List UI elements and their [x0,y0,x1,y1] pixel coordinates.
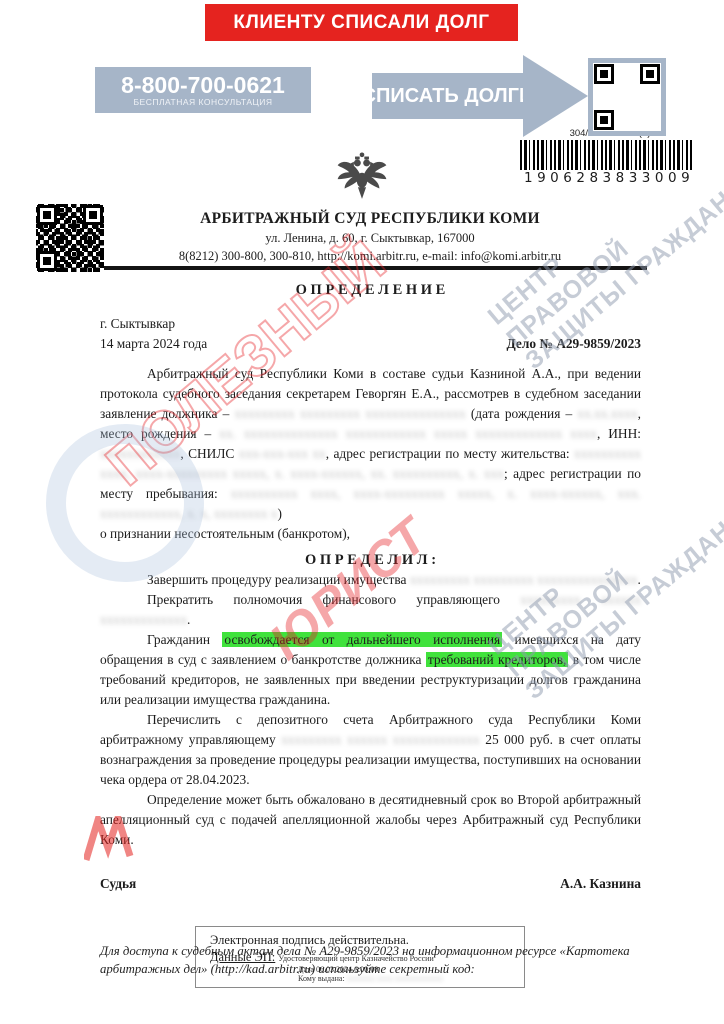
qr-code-left-icon [36,204,104,272]
paragraph-payment: Перечислить с депозитного счета Арбитраж… [100,710,641,790]
cta-arrow-button[interactable]: СПИСАТЬ ДОЛГИ [372,73,523,119]
redacted-text: xxxxxxxxxxxx [100,446,180,461]
footer-note: Для доступа к судебным актам дела № А29-… [100,942,700,978]
redacted-text: xxx-xxx-xxx xx [239,446,326,461]
paragraph-intro: Арбитражный суд Республики Коми в состав… [100,364,641,524]
judge-label: Судья [100,876,136,891]
qr-finder-icon [594,110,614,130]
court-address: ул. Ленина, д. 60, г. Сыктывкар, 167000 [85,231,655,246]
redacted-text: xxxxxxxxx xxxxxxxxx xxxxxxxxxxxxxxx [410,572,638,587]
court-header: АРБИТРАЖНЫЙ СУД РЕСПУБЛИКИ КОМИ ул. Лени… [85,210,655,264]
redacted-text: xxxxxxxxx xxxxxx xxxxxxxxxxxxx [281,732,480,747]
header-rule [95,266,647,270]
city: г. Сыктывкар [100,314,641,334]
paragraph-subject: о признании несостоятельным (банкротом), [100,524,641,544]
text-segment: , ИНН: [597,426,641,441]
document-body: О П Р Е Д Е Л Е Н И Е г. Сыктывкар 14 ма… [100,280,641,894]
cta-label: СПИСАТЬ ДОЛГИ [362,85,534,108]
redacted-text: xxxxxxxxx xxxxxxxxx xxxxxxxxxxxxxxx [234,406,465,421]
promo-banner: КЛИЕНТУ СПИСАЛИ ДОЛГ [205,4,518,41]
barcode-digits: 1906283833009 [520,170,698,186]
qr-finder-icon [640,64,660,84]
redacted-text: xx. xxxxxxxxxxxxxx xxxxxxxxxxxx xxxxx xx… [219,426,597,441]
paragraph-complete: Завершить процедуру реализации имущества… [100,570,641,590]
text-segment: Завершить процедуру реализации имущества [147,572,410,587]
text-segment: . [637,572,640,587]
court-contacts: 8(8212) 300-800, 300-810, http://komi.ar… [85,249,655,264]
coat-of-arms-icon [333,150,391,211]
redacted-text: xx.xx.xxxx [577,406,637,421]
text-segment: (дата рождения – [466,406,578,421]
court-name: АРБИТРАЖНЫЙ СУД РЕСПУБЛИКИ КОМИ [85,210,655,228]
text-segment: . [187,612,190,627]
phone-number: 8-800-700-0621 [121,73,285,97]
qr-finder-icon [37,205,57,225]
highlighted-text: требований кредиторов, [426,652,569,667]
text-segment: Гражданин [147,632,222,647]
qr-finder-icon [37,251,57,271]
signature-row: Судья А.А. Казнина [100,874,641,894]
text-segment: ) [277,506,281,521]
phone-button[interactable]: 8-800-700-0621 БЕСПЛАТНАЯ КОНСУЛЬТАЦИЯ [95,67,311,113]
qr-code-top-icon [588,58,666,136]
resolution-title: О П Р Е Д Е Л И Л : [100,550,641,570]
barcode: 1906283833009 [520,140,692,187]
paragraph-terminate: Прекратить полномочия финансового управл… [100,590,641,630]
phone-subtitle: БЕСПЛАТНАЯ КОНСУЛЬТАЦИЯ [133,97,272,107]
text-segment: , СНИЛС [180,446,238,461]
document-meta: г. Сыктывкар 14 марта 2024 года Дело № А… [100,314,641,354]
paragraph-appeal: Определение может быть обжаловано в деся… [100,790,641,850]
case-number: Дело № А29-9859/2023 [507,334,641,354]
paragraph-release: Гражданин освобождается от дальнейшего и… [100,630,641,710]
highlighted-text: освобождается от дальнейшего исполнения [222,632,502,647]
document-title: О П Р Е Д Е Л Е Н И Е [100,280,641,300]
text-segment: , адрес регистрации по месту жительства: [326,446,574,461]
footer-note-line1: Для доступа к судебным актам дела № А29-… [100,942,700,960]
qr-finder-icon [594,64,614,84]
judge-name: А.А. Казнина [560,874,641,894]
promo-banner-label: КЛИЕНТУ СПИСАЛИ ДОЛГ [233,12,489,34]
cta-arrow-head-icon [523,55,588,137]
qr-finder-icon [83,205,103,225]
footer-note-line2: арбитражных дел» (http://kad.arbitr.ru) … [100,960,700,978]
text-segment: Прекратить полномочия финансового управл… [147,592,520,607]
